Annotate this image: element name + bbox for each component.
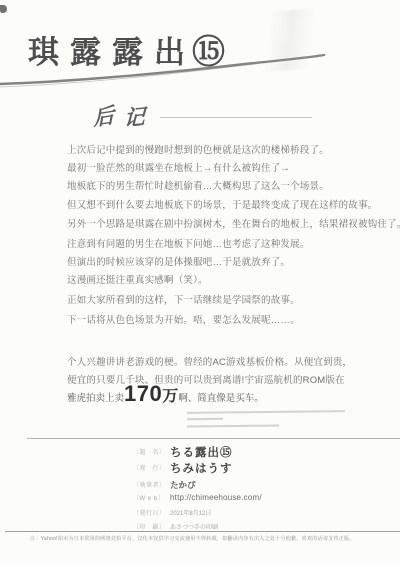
colophon-label: 〔発 行〕 <box>133 463 166 472</box>
body-line: 但又想不到什么要去地板底下的场景，于是最终变成了现在这样的故事。 <box>67 197 377 211</box>
price-line-post: 啊、简直像是买车。 <box>178 393 264 404</box>
body-line: 注意到有问题的男生在地板下问她…也考虑了这种发展。 <box>67 236 310 250</box>
body-line: 另外一个思路是琪露在剧中扮演树木，坐在舞台的地板上，结果裙衩被钩住了。 <box>67 216 400 230</box>
afterword-char-2: 记 <box>124 99 156 133</box>
body-line: 上次后记中提到的慢跑时想到的色梗就是这次的楼梯桥段了。 <box>67 142 329 156</box>
afterword-char-1: 后 <box>92 98 124 133</box>
colophon-row-circle: 〔発 行〕ちみはうす <box>133 459 233 477</box>
colophon-value-date: 2021年8月12日 <box>170 508 211 517</box>
colophon-value-title: ちる露出⑮ <box>170 444 233 460</box>
body-line: 正如大家所看到的这样，下一话继续是学园祭的故事。 <box>67 292 300 306</box>
body-line: 这漫画还挺注重真实感啊（笑）。 <box>67 272 208 286</box>
afterword-heading: 后记 <box>93 100 155 130</box>
body-line: 地板底下的男生帮忙时趁机偷看…大概构思了这么一个场景。 <box>67 178 329 192</box>
colophon-divider <box>27 438 400 439</box>
price-highlight-line: 雅虎拍卖上卖170万啊、简直像是买车。 <box>67 381 264 407</box>
footer-divider <box>5 531 400 532</box>
price-big-number: 170 <box>124 381 162 406</box>
scribble-line <box>187 410 345 414</box>
heading-rule <box>160 117 312 118</box>
price-line-pre: 雅虎拍卖上卖 <box>67 393 124 404</box>
footer-note: 注：Yahoo!拍卖为日本常用的网络竞拍平台。汉化本仅供学习交流使用不得转载，如… <box>30 535 396 542</box>
body-line: 但演出的时候应该穿的是体操服吧…于是就放弃了。 <box>67 254 290 268</box>
colophon-value-circle: ちみはうす <box>170 460 233 476</box>
brush-underline-stroke <box>0 0 400 110</box>
price-big-unit: 万 <box>162 388 178 405</box>
body-line: 最初一脸茫然的琪露坐在地板上→有什么被钩住了→ <box>67 160 290 174</box>
scribble-line <box>187 418 223 420</box>
colophon-label: 〔執筆者〕 <box>133 480 166 489</box>
handwritten-note-scribble <box>187 411 345 432</box>
colophon-label: 〔題 名〕 <box>133 447 166 456</box>
colophon-row-printer: 〔印 刷〕あさづつ手の印刷 <box>133 518 218 536</box>
body-line: 下一话将从色色场景为开始。唔，要怎么发展呢……。 <box>67 312 300 326</box>
colophon-label: 〔印 刷〕 <box>133 522 166 531</box>
colophon-label: 〔W e b〕 <box>133 493 166 502</box>
scribble-line <box>187 425 279 428</box>
body-line: 个人兴趣讲讲老游戏的梗。曾经的AC游戏基板价格。从便宜到贵， <box>67 354 352 368</box>
colophon-value-url: http://chimeehouse.com/ <box>170 493 262 502</box>
colophon-label: 〔発行日〕 <box>133 508 166 517</box>
colophon-value-printer: あさづつ手の印刷 <box>170 522 218 531</box>
